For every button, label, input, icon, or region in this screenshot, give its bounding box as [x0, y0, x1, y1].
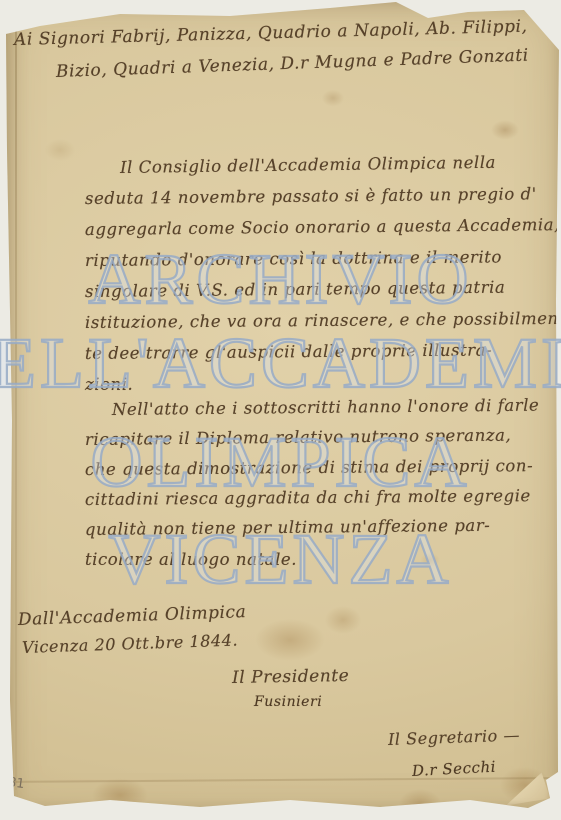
body-line: aggregarla come Socio onorario a questa …: [85, 215, 560, 239]
body-line: cittadini riesca aggradita da chi fra mo…: [85, 486, 531, 509]
body-line: ricapitare il Diploma relativo nutrono s…: [85, 426, 511, 449]
address-line: Ai Signori Fabrij, Panizza, Quadrio a Na…: [14, 17, 528, 50]
letter-paper: Ai Signori Fabrij, Panizza, Quadrio a Na…: [0, 0, 561, 820]
closing-origin: Dall'Accademia Olimpica: [18, 602, 247, 630]
body-line: zioni.: [85, 375, 133, 394]
body-line: Nell'atto che i sottoscritti hanno l'ono…: [112, 396, 540, 419]
bottom-fold-crease: [10, 777, 550, 783]
folded-corner: [504, 771, 551, 807]
left-fold-crease: [15, 30, 17, 790]
president-title: Il Presidente: [232, 666, 350, 688]
body-line: singolare di V.S. ed in pari tempo quest…: [85, 278, 506, 301]
secretary-title: Il Segretario —: [388, 725, 521, 749]
closing-place-date: Vicenza 20 Ott.bre 1844.: [22, 630, 239, 657]
body-line: che questa dimostrazione di stima dei pr…: [85, 456, 533, 479]
president-signature: Fusinieri: [254, 694, 322, 710]
address-line: Bizio, Quadri a Venezia, D.r Mugna e Pad…: [56, 46, 529, 82]
body-line: ticolare al luogo natale.: [85, 550, 297, 569]
body-line: riputando d'onorare così la dottrina e i…: [85, 247, 502, 270]
scanned-letter-page: Ai Signori Fabrij, Panizza, Quadrio a Na…: [0, 0, 561, 820]
body-line: seduta 14 novembre passato si è fatto un…: [85, 184, 537, 208]
body-line: istituzione, che va ora a rinascere, e c…: [85, 309, 561, 332]
archive-page-number: 81: [7, 775, 25, 792]
body-line: te dee trarre gl'auspicii dalle proprie …: [85, 340, 492, 363]
body-line: qualità non tiene per ultima un'affezion…: [85, 516, 491, 539]
body-line: Il Consiglio dell'Accademia Olimpica nel…: [120, 153, 496, 177]
secretary-signature: D.r Secchi: [412, 758, 497, 780]
